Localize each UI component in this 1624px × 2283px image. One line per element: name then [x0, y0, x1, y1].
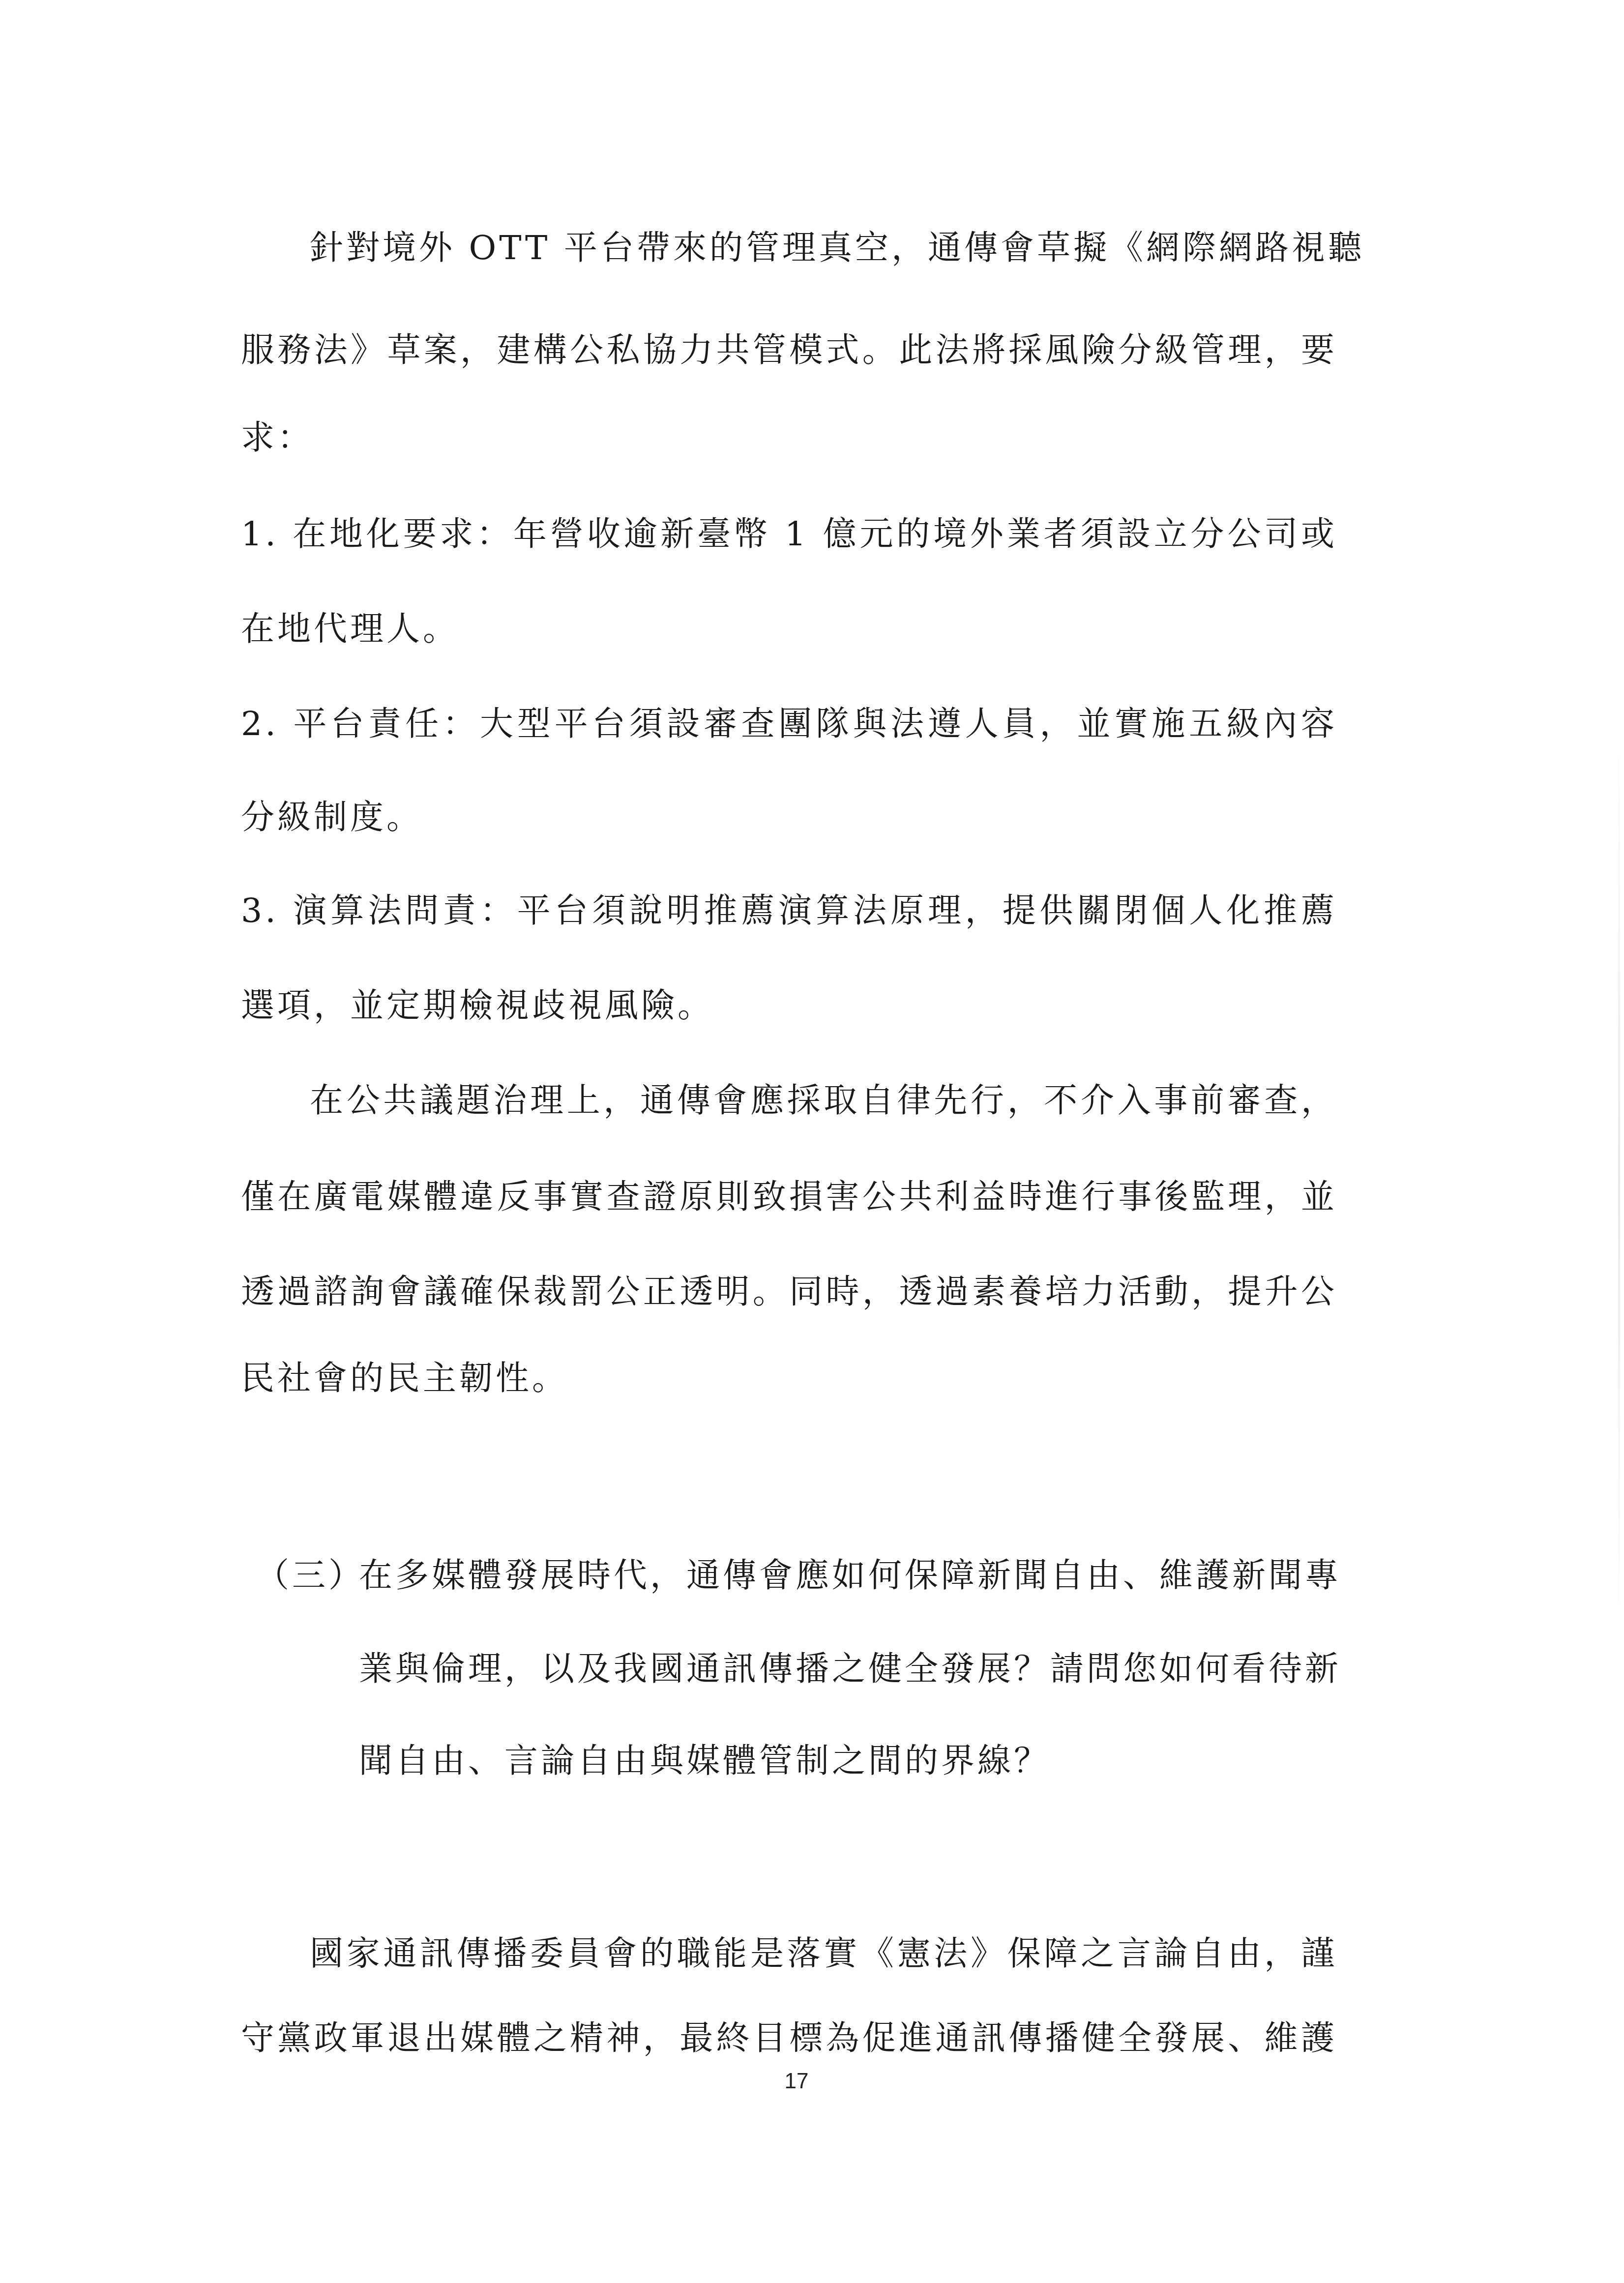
list-item-2-line-1: 2. 平台責任：大型平台須設審查團隊與法遵人員，並實施五級內容: [241, 702, 1337, 746]
list-item-1-line-2: 在地代理人。: [241, 607, 1337, 652]
question-3-line-2: 業與倫理，以及我國通訊傳播之健全發展？請問您如何看待新: [359, 1647, 1337, 1691]
paragraph-3-line-1: 國家通訊傳播委員會的職能是落實《憲法》保障之言論自由，謹: [310, 1932, 1337, 1976]
paragraph-2-line-4: 民社會的民主韌性。: [241, 1357, 1337, 1401]
question-3-line-1: 在多媒體發展時代，通傳會應如何保障新聞自由、維護新聞專: [359, 1554, 1337, 1598]
question-3-label: （三）: [256, 1554, 364, 1598]
paragraph-1-line-2: 服務法》草案，建構公私協力共管模式。此法將採風險分級管理，要: [241, 328, 1337, 373]
paragraph-3-line-2: 守黨政軍退出媒體之精神，最終目標為促進通訊傳播健全發展、維護: [241, 2016, 1337, 2061]
list-item-3-line-2: 選項，並定期檢視歧視風險。: [241, 984, 1337, 1028]
document-page: 針對境外 OTT 平台帶來的管理真空，通傳會草擬《網際網路視聽 服務法》草案，建…: [0, 0, 1624, 2283]
list-item-2-line-2: 分級制度。: [241, 796, 1337, 840]
page-number: 17: [767, 2069, 826, 2094]
paragraph-2-line-2: 僅在廣電媒體違反事實查證原則致損害公共利益時進行事後監理，並: [241, 1175, 1337, 1219]
list-item-1-line-1: 1. 在地化要求：年營收逾新臺幣 1 億元的境外業者須設立分公司或: [241, 512, 1337, 557]
paragraph-2-line-1: 在公共議題治理上，通傳會應採取自律先行，不介入事前審查，: [310, 1079, 1337, 1123]
paragraph-2-line-3: 透過諮詢會議確保裁罰公正透明。同時，透過素養培力活動，提升公: [241, 1270, 1337, 1314]
list-item-3-line-1: 3. 演算法問責：平台須說明推薦演算法原理，提供關閉個人化推薦: [241, 889, 1337, 933]
paragraph-1-line-1: 針對境外 OTT 平台帶來的管理真空，通傳會草擬《網際網路視聽: [310, 226, 1337, 270]
question-3-line-3: 聞自由、言論自由與媒體管制之間的界線？: [359, 1739, 1337, 1783]
scan-edge-mark: [1618, 738, 1620, 1623]
paragraph-1-line-3: 求：: [241, 416, 1337, 460]
